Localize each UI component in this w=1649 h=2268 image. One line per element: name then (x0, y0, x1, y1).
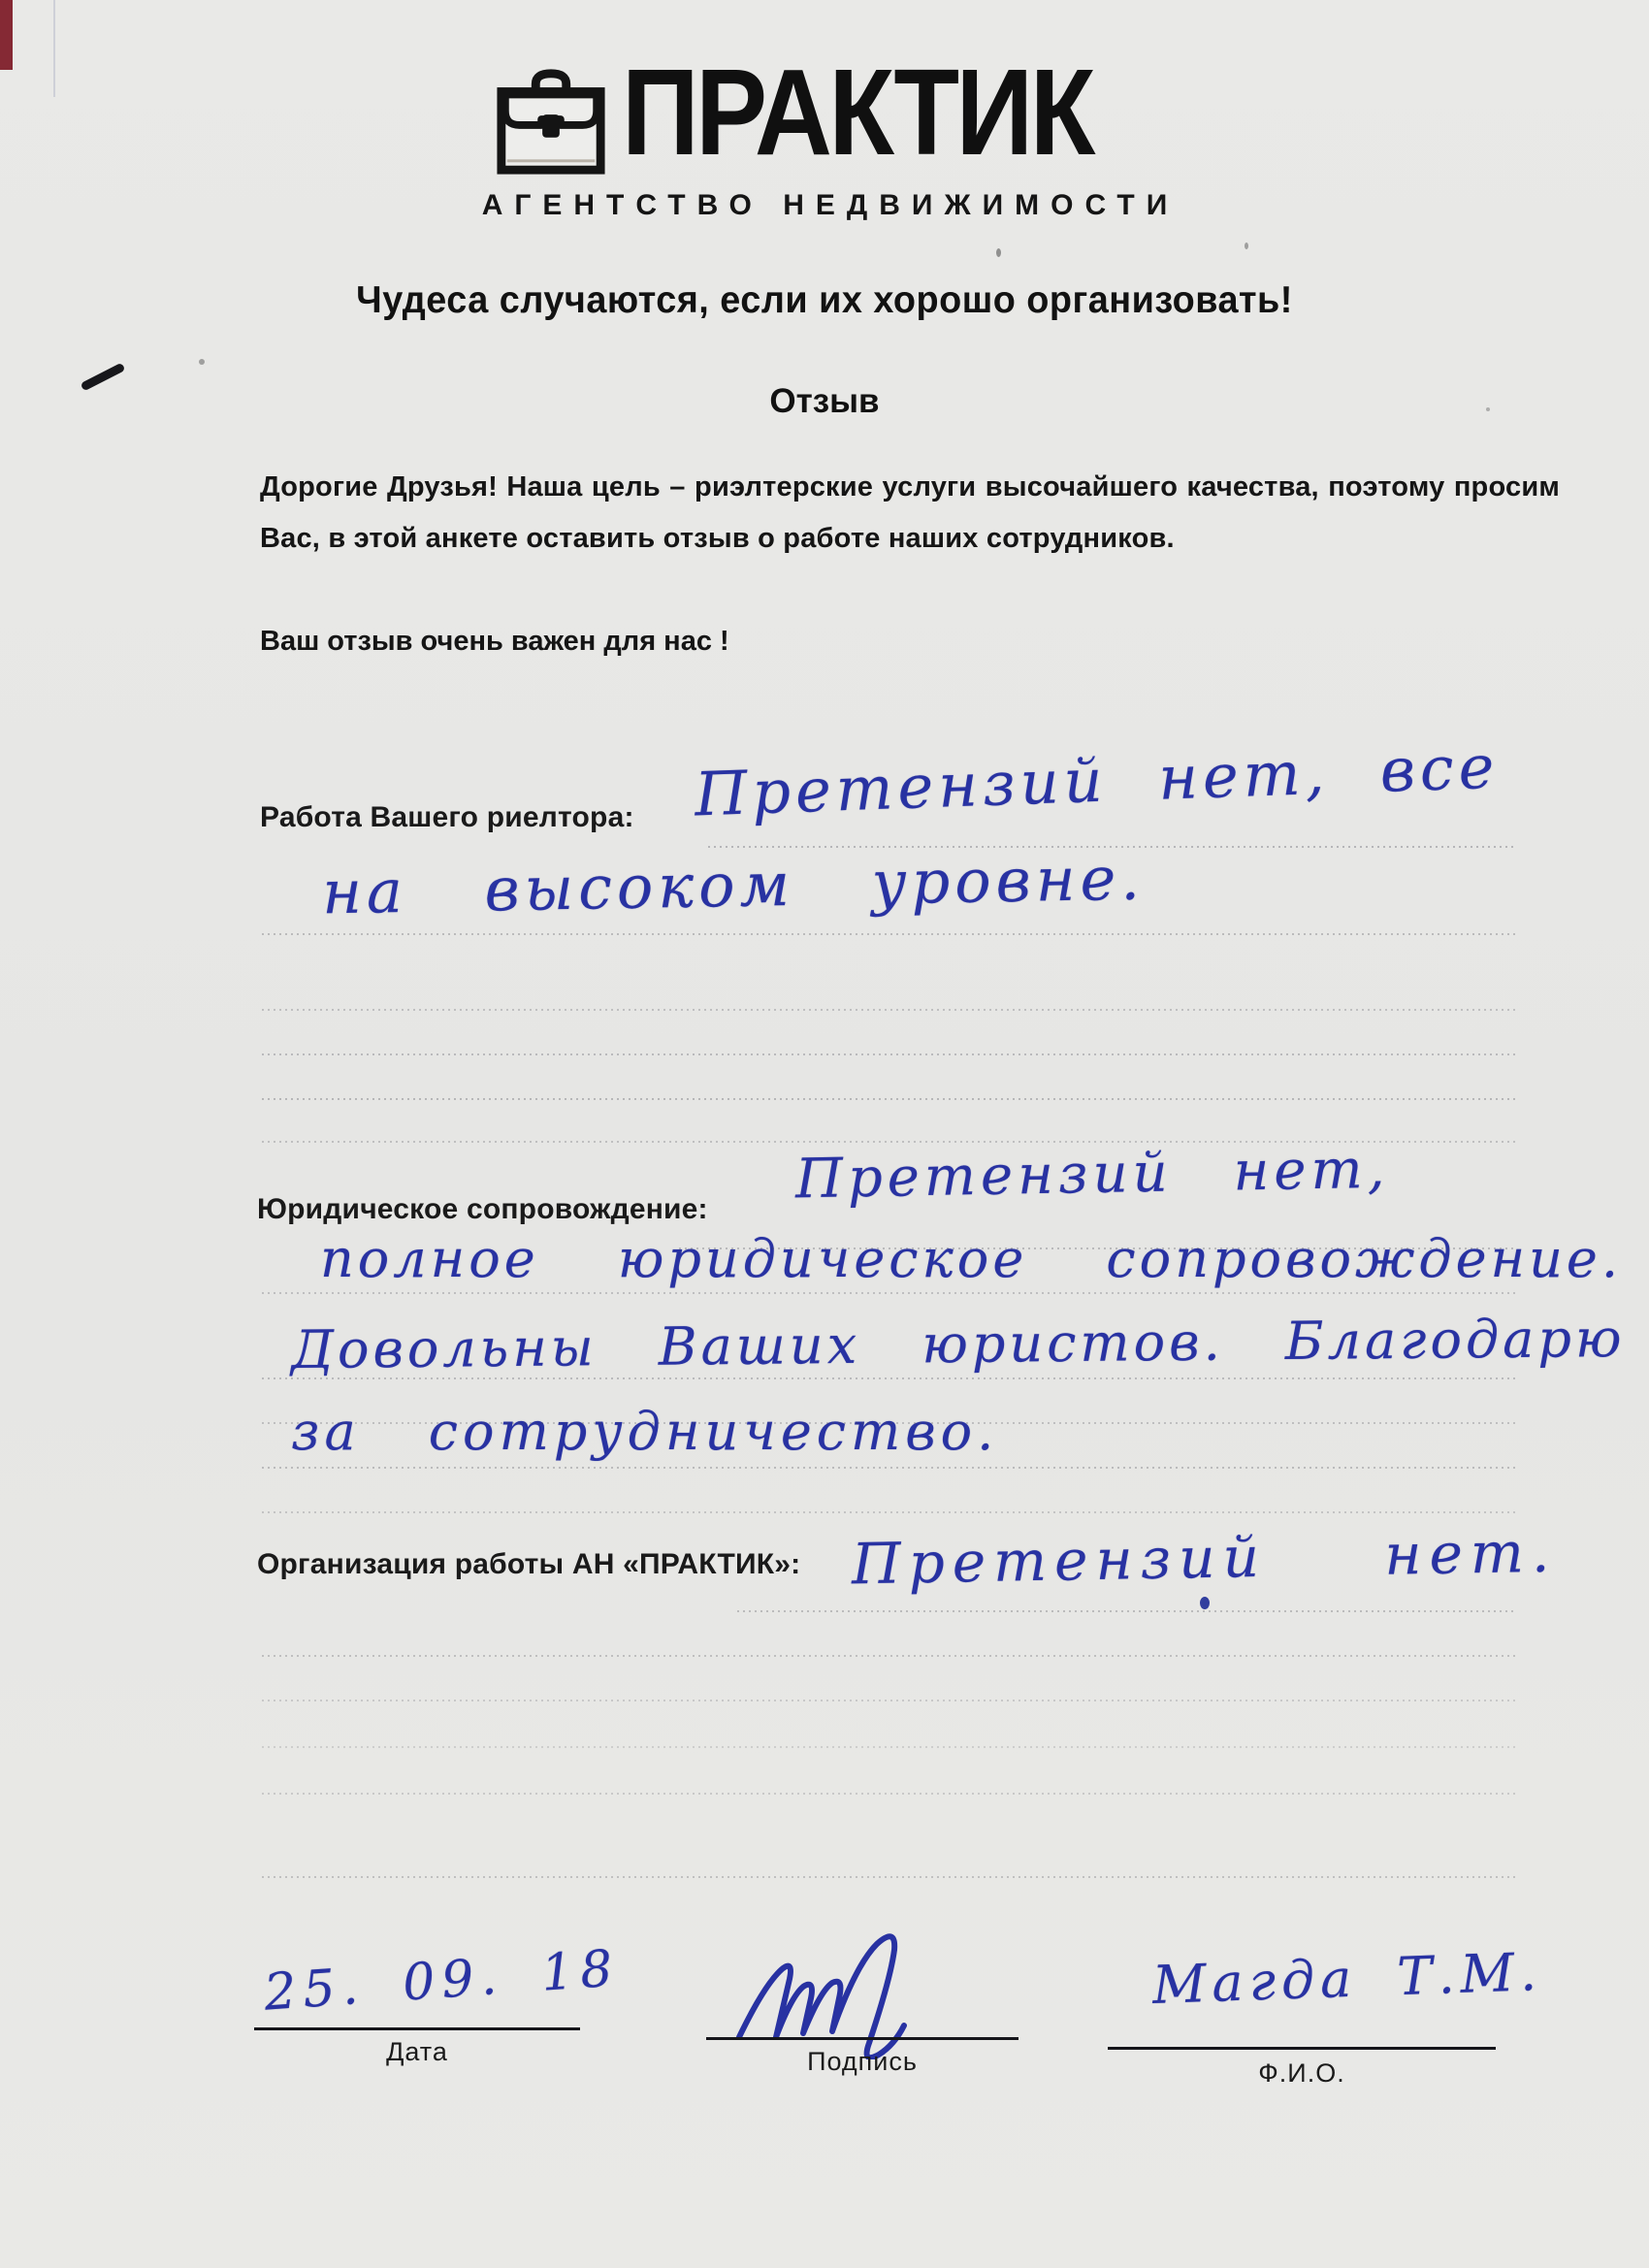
scan-speck (1245, 243, 1248, 249)
field-label-organisation: Организация работы АН «ПРАКТИК»: (257, 1548, 800, 1581)
signature-line (706, 2037, 1018, 2040)
note-line: Ваш отзыв очень важен для нас ! (260, 626, 729, 658)
ruled-dotted-line (262, 1098, 1518, 1100)
ruled-dotted-line (262, 933, 1518, 935)
ruled-dotted-line (262, 1793, 1518, 1795)
ruled-dotted-line (262, 1053, 1518, 1055)
slogan-text: Чудеса случаются, если их хорошо организ… (25, 279, 1625, 322)
ruled-dotted-line (262, 1511, 1518, 1513)
ink-blot (1200, 1597, 1210, 1609)
ruled-dotted-line (679, 1247, 1513, 1249)
agency-subtitle: АГЕНТСТВО НЕДВИЖИМОСТИ (0, 189, 1649, 222)
agency-name: ПРАКТИК (622, 56, 1092, 169)
ruled-dotted-line (262, 1377, 1518, 1379)
form-title: Отзыв (0, 382, 1649, 421)
scan-speck (199, 359, 205, 365)
name-line (1108, 2047, 1496, 2050)
briefcase-icon (494, 64, 608, 183)
intro-paragraph: Дорогие Друзья! Наша цель – риэлтерские … (260, 462, 1560, 565)
field-label-legal: Юридическое сопровождение: (257, 1193, 708, 1226)
handwritten-answer-legal-line1: Претензий нет, (794, 1138, 1389, 1212)
ruled-dotted-line (262, 1655, 1518, 1657)
date-label: Дата (254, 2037, 580, 2067)
ruled-dotted-line (262, 1876, 1518, 1878)
handwritten-answer-legal-line4: за сотрудничество. (291, 1401, 998, 1462)
agency-logo: ПРАКТИК АГЕНТСТВО НЕДВИЖИМОСТИ (0, 56, 1649, 222)
handwritten-date: 25. 09. 18 (262, 1939, 621, 2022)
ruled-dotted-line (262, 1700, 1518, 1701)
ruled-dotted-line (262, 1422, 1518, 1424)
handwritten-answer-legal-line2: полное юридическое сопровождение. (320, 1228, 1622, 1289)
ruled-dotted-line (737, 1610, 1513, 1612)
ruled-dotted-line (262, 1009, 1518, 1011)
scanned-feedback-form: ПРАКТИК АГЕНТСТВО НЕДВИЖИМОСТИ Чудеса сл… (0, 0, 1649, 2268)
scan-speck (996, 248, 1001, 257)
handwritten-answer-realtor-line1: Претензий нет, все (694, 731, 1500, 830)
handwritten-name: Магда Т.М. (1151, 1941, 1543, 2016)
handwritten-answer-organisation-line1: Претензий нет. (851, 1519, 1557, 1598)
ruled-dotted-line (262, 1292, 1518, 1294)
ruled-dotted-line (262, 1746, 1518, 1748)
ruled-dotted-line (262, 1467, 1518, 1469)
signature-label: Подпись (706, 2047, 1018, 2077)
ruled-dotted-line (708, 846, 1513, 848)
handwritten-answer-legal-line3: Довольны Ваших юристов. Благодарю (291, 1308, 1626, 1380)
name-label: Ф.И.О. (1108, 2058, 1496, 2089)
handwritten-answer-realtor-line2: на высоком уровне. (321, 843, 1145, 928)
field-label-realtor: Работа Вашего риелтора: (260, 801, 634, 834)
date-line (254, 2027, 580, 2030)
